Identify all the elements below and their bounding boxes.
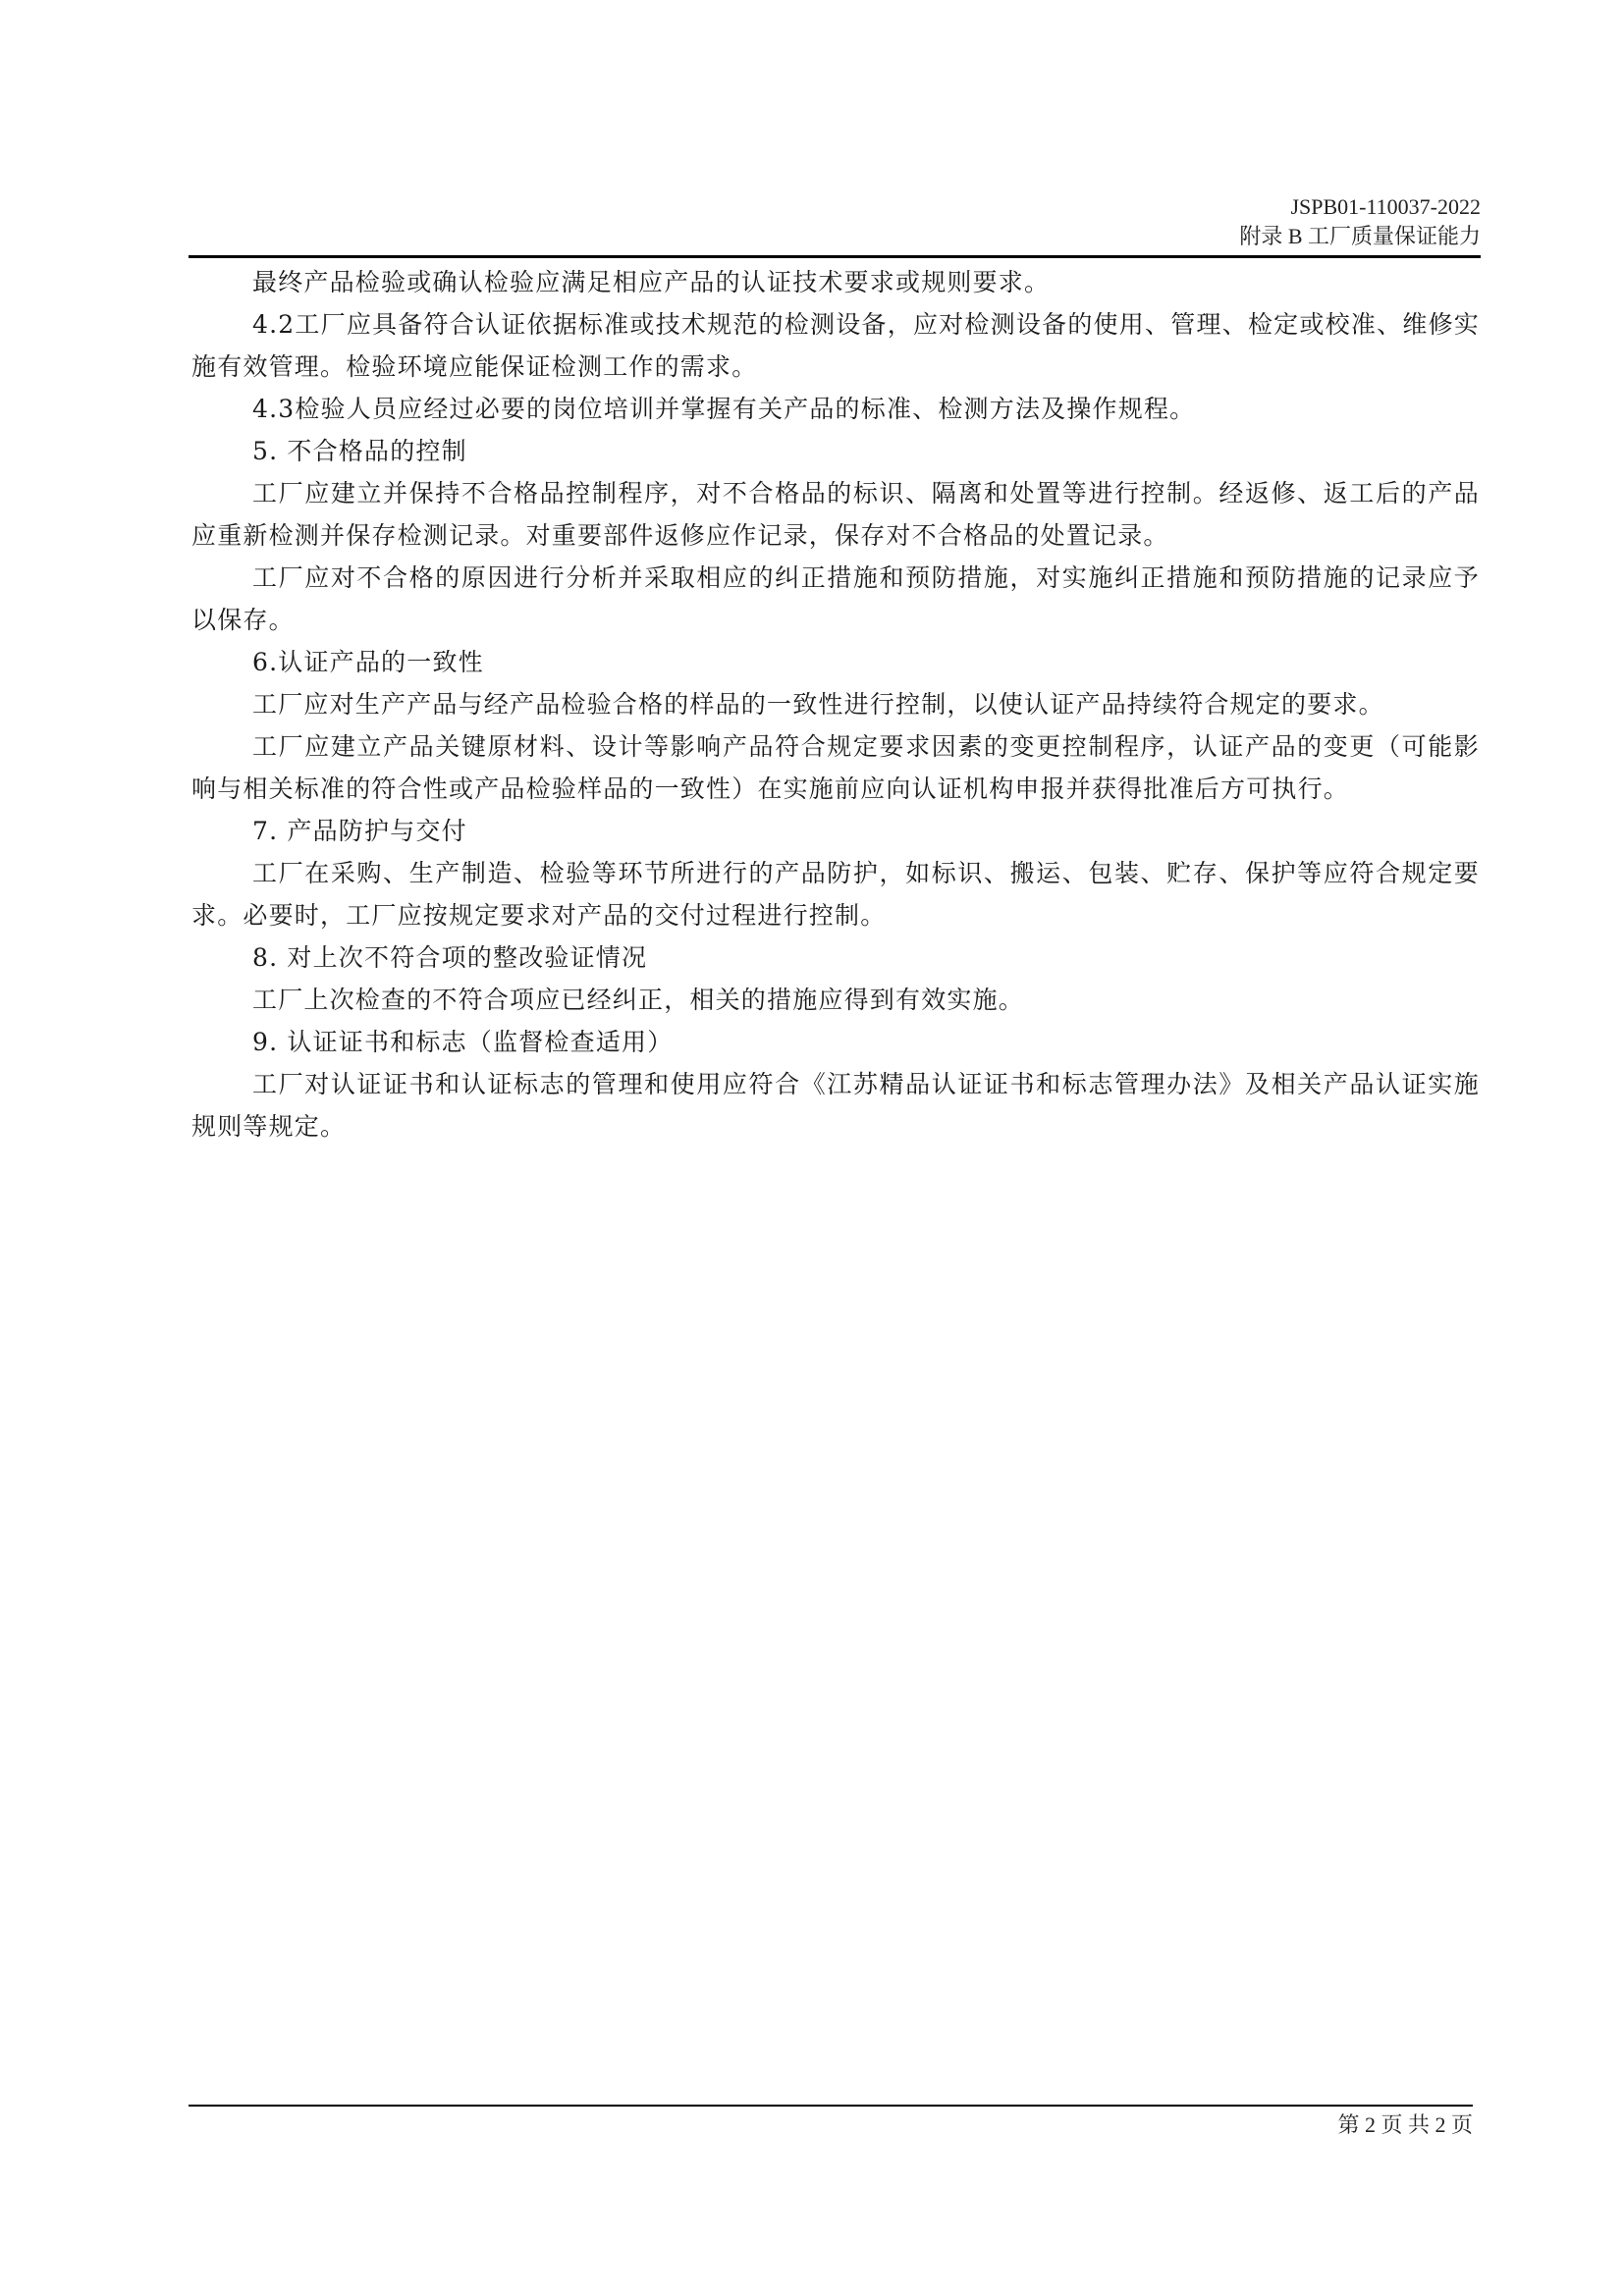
paragraph: 工厂应建立并保持不合格品控制程序，对不合格品的标识、隔离和处置等进行控制。经返修… bbox=[191, 472, 1480, 557]
paragraph: 工厂应对生产产品与经产品检验合格的样品的一致性进行控制，以使认证产品持续符合规定… bbox=[191, 683, 1480, 725]
paragraph: 4.3检验人员应经过必要的岗位培训并掌握有关产品的标准、检测方法及操作规程。 bbox=[191, 388, 1480, 430]
header-rule bbox=[189, 255, 1481, 258]
paragraph: 4.2工厂应具备符合认证依据标准或技术规范的检测设备，应对检测设备的使用、管理、… bbox=[191, 303, 1480, 388]
section-heading: 7. 产品防护与交付 bbox=[191, 810, 1480, 852]
paragraph: 工厂应建立产品关键原材料、设计等影响产品符合规定要求因素的变更控制程序，认证产品… bbox=[191, 725, 1480, 810]
paragraph: 工厂在采购、生产制造、检验等环节所进行的产品防护，如标识、搬运、包装、贮存、保护… bbox=[191, 852, 1480, 936]
paragraph: 工厂上次检查的不符合项应已经纠正，相关的措施应得到有效实施。 bbox=[191, 979, 1480, 1021]
page-number: 第 2 页 共 2 页 bbox=[1337, 2110, 1473, 2140]
section-heading: 5. 不合格品的控制 bbox=[191, 430, 1480, 472]
page-header: JSPB01-110037-2022 附录 B 工厂质量保证能力 bbox=[1239, 192, 1481, 251]
footer-rule bbox=[189, 2105, 1473, 2107]
paragraph: 工厂应对不合格的原因进行分析并采取相应的纠正措施和预防措施，对实施纠正措施和预防… bbox=[191, 557, 1480, 641]
section-heading: 9. 认证证书和标志（监督检查适用） bbox=[191, 1021, 1480, 1063]
section-heading: 6.认证产品的一致性 bbox=[191, 641, 1480, 683]
section-heading: 8. 对上次不符合项的整改验证情况 bbox=[191, 936, 1480, 979]
paragraph: 工厂对认证证书和认证标志的管理和使用应符合《江苏精品认证证书和标志管理办法》及相… bbox=[191, 1063, 1480, 1148]
document-body: 最终产品检验或确认检验应满足相应产品的认证技术要求或规则要求。 4.2工厂应具备… bbox=[191, 261, 1480, 1148]
section-title: 附录 B 工厂质量保证能力 bbox=[1239, 222, 1481, 251]
document-code: JSPB01-110037-2022 bbox=[1239, 192, 1481, 222]
document-page: JSPB01-110037-2022 附录 B 工厂质量保证能力 最终产品检验或… bbox=[0, 0, 1624, 2296]
paragraph: 最终产品检验或确认检验应满足相应产品的认证技术要求或规则要求。 bbox=[191, 261, 1480, 303]
